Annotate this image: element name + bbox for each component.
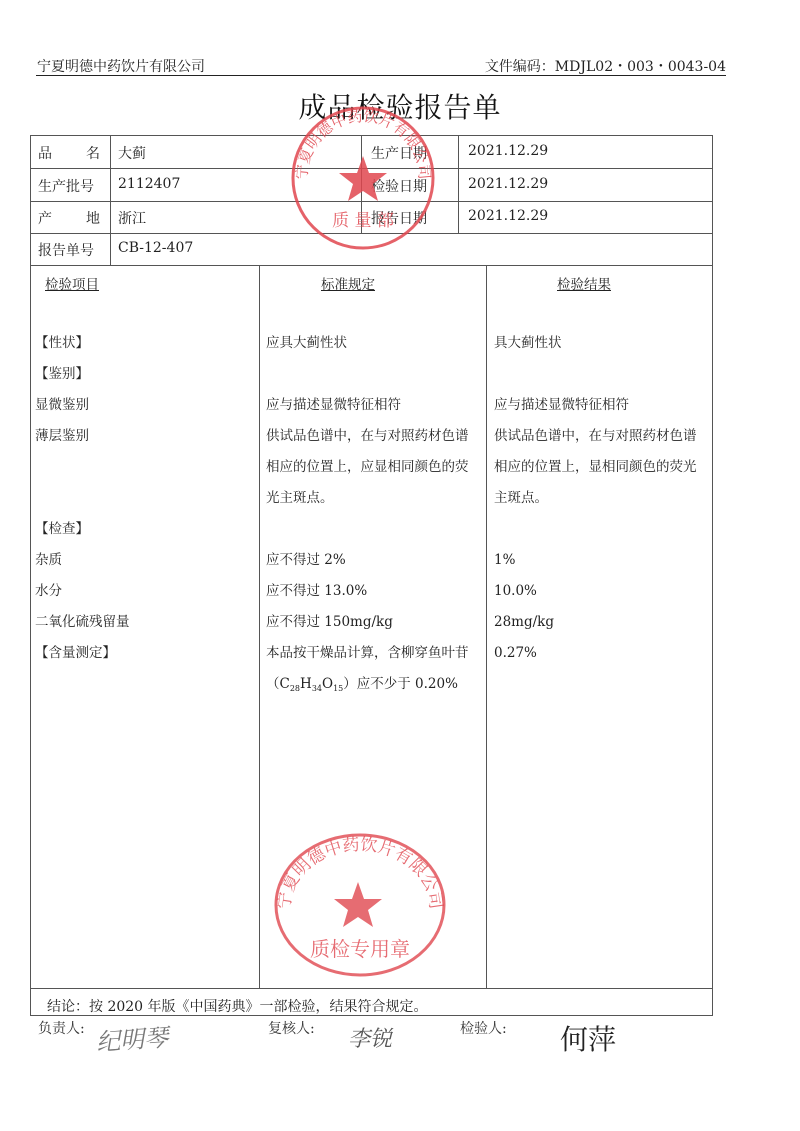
item-microscopic: 显微鉴别 bbox=[35, 390, 130, 421]
result-so2-residue: 28mg/kg bbox=[494, 607, 697, 638]
inspector-signature: 何萍 bbox=[560, 1018, 616, 1058]
header-divider bbox=[36, 75, 726, 76]
standard-microscopic: 应与描述显微特征相符 bbox=[266, 390, 469, 421]
formula-c-count: 28 bbox=[290, 684, 300, 693]
label-char: 地 bbox=[86, 208, 100, 228]
inspection-date-value: 2021.12.29 bbox=[468, 176, 548, 192]
row-divider bbox=[31, 988, 712, 989]
result-assay: 0.27% bbox=[494, 638, 697, 669]
col-divider bbox=[259, 265, 260, 988]
item-appearance: 【性状】 bbox=[35, 328, 130, 359]
product-name-value: 大蓟 bbox=[118, 143, 146, 163]
product-name-label: 品名 bbox=[38, 143, 100, 163]
origin-value: 浙江 bbox=[118, 208, 146, 228]
column-header-result: 检验结果 bbox=[557, 273, 611, 293]
origin-label: 产地 bbox=[38, 208, 100, 228]
col-divider bbox=[110, 136, 111, 265]
col-divider bbox=[361, 136, 362, 233]
responsible-signature: 纪明琴 bbox=[95, 1018, 169, 1058]
result-column: 具大蓟性状 应与描述显微特征相符 供试品色谱中，在与对照药材色谱 相应的位置上，… bbox=[494, 328, 697, 669]
standard-assay-line1: 本品按干燥品计算，含柳穿鱼叶苷 bbox=[266, 638, 469, 669]
formula-open: （C bbox=[266, 676, 290, 692]
standard-moisture: 应不得过 13.0% bbox=[266, 576, 469, 607]
result-tlc-line: 相应的位置上，显相同颜色的荧光 bbox=[494, 452, 697, 483]
result-impurity: 1% bbox=[494, 545, 697, 576]
row-divider bbox=[31, 265, 712, 266]
result-microscopic: 应与描述显微特征相符 bbox=[494, 390, 697, 421]
result-moisture: 10.0% bbox=[494, 576, 697, 607]
item-impurity: 杂质 bbox=[35, 545, 130, 576]
production-date-label: 生产日期 bbox=[371, 143, 427, 163]
standard-impurity: 应不得过 2% bbox=[266, 545, 469, 576]
report-no-label: 报告单号 bbox=[38, 240, 94, 260]
reviewer-signature: 李锐 bbox=[348, 1022, 392, 1053]
item-tlc: 薄层鉴别 bbox=[35, 421, 130, 452]
row-divider bbox=[31, 201, 712, 202]
item-moisture: 水分 bbox=[35, 576, 130, 607]
item-inspection: 【检查】 bbox=[35, 514, 130, 545]
report-date-value: 2021.12.29 bbox=[468, 208, 548, 224]
row-divider bbox=[31, 168, 712, 169]
result-tlc-line: 供试品色谱中，在与对照药材色谱 bbox=[494, 421, 697, 452]
conclusion: 结论：按 2020 年版《中国药典》一部检验，结果符合规定。 bbox=[47, 996, 428, 1016]
standard-column: 应具大蓟性状 应与描述显微特征相符 供试品色谱中，在与对照药材色谱 相应的位置上… bbox=[266, 328, 469, 704]
item-identification: 【鉴别】 bbox=[35, 359, 130, 390]
page-title: 成品检验报告单 bbox=[0, 86, 800, 126]
standard-tlc-line: 相应的位置上，应显相同颜色的荧 bbox=[266, 452, 469, 483]
standard-tlc-line: 光主斑点。 bbox=[266, 483, 469, 514]
inspection-report-table: 品名 大蓟 生产批号 2112407 产地 浙江 报告单号 CB-12-407 … bbox=[30, 135, 713, 1016]
formula-close: ）应不少于 0.20% bbox=[343, 676, 458, 692]
result-tlc-line: 主斑点。 bbox=[494, 483, 697, 514]
inspector-label: 检验人: bbox=[460, 1018, 507, 1038]
formula-h: H bbox=[300, 676, 312, 692]
standard-tlc-line: 供试品色谱中，在与对照药材色谱 bbox=[266, 421, 469, 452]
formula-o-count: 15 bbox=[333, 684, 343, 693]
item-so2-residue: 二氧化硫残留量 bbox=[35, 607, 130, 638]
company-name: 宁夏明德中药饮片有限公司 bbox=[37, 56, 205, 76]
label-char: 产 bbox=[38, 208, 52, 228]
responsible-label: 负责人: bbox=[38, 1018, 85, 1038]
standard-so2-residue: 应不得过 150mg/kg bbox=[266, 607, 469, 638]
col-divider bbox=[458, 136, 459, 233]
report-no-value: CB-12-407 bbox=[118, 240, 193, 256]
item-assay: 【含量测定】 bbox=[35, 638, 130, 669]
label-char: 名 bbox=[86, 143, 100, 163]
file-code: 文件编码：MDJL02・003・0043-04 bbox=[485, 56, 726, 76]
production-date-value: 2021.12.29 bbox=[468, 143, 548, 159]
formula-o: O bbox=[322, 676, 333, 692]
standard-assay-formula: （C28H34O15）应不少于 0.20% bbox=[266, 669, 469, 704]
row-divider bbox=[31, 233, 712, 234]
column-header-item: 检验项目 bbox=[45, 273, 99, 293]
column-header-standard: 标准规定 bbox=[321, 273, 375, 293]
standard-appearance: 应具大蓟性状 bbox=[266, 328, 469, 359]
batch-value: 2112407 bbox=[118, 176, 180, 192]
label-char: 品 bbox=[38, 143, 52, 163]
items-column: 【性状】 【鉴别】 显微鉴别 薄层鉴别 【检查】 杂质 水分 二氧化硫残留量 【… bbox=[35, 328, 130, 669]
result-appearance: 具大蓟性状 bbox=[494, 328, 697, 359]
reviewer-label: 复核人: bbox=[268, 1018, 315, 1038]
formula-h-count: 34 bbox=[312, 684, 322, 693]
col-divider bbox=[486, 265, 487, 988]
batch-label: 生产批号 bbox=[38, 176, 94, 196]
report-date-label: 报告日期 bbox=[371, 208, 427, 228]
inspection-date-label: 检验日期 bbox=[371, 176, 427, 196]
